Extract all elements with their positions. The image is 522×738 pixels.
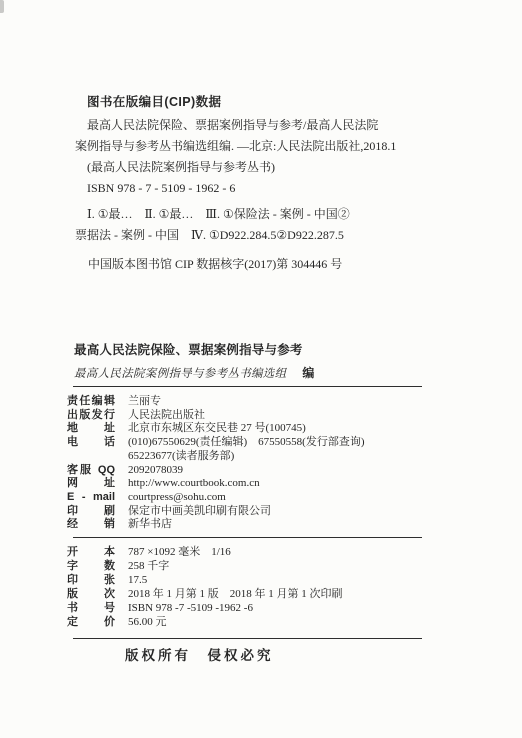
editor-role-label: 编 — [302, 366, 314, 380]
info-row: 定 价 56.00 元 — [67, 615, 427, 629]
info-row: 印 刷 保定市中画美凯印刷有限公司 — [67, 505, 427, 519]
editor-line: 最高人民法院案例指导与参考丛书编选组编 — [74, 364, 315, 381]
copyright-notice: 版权所有 侵权必究 — [125, 644, 274, 664]
info-label: 电 话 — [67, 436, 115, 450]
info-value: 258 千字 — [128, 559, 169, 573]
info-row: 电 话 (010)67550629(责任编辑) 67550558(发行部查询) … — [67, 436, 427, 463]
book-title: 最高人民法院保险、票据案例指导与参考 — [74, 340, 303, 358]
info-row: 书 号 ISBN 978 -7 -5109 -1962 -6 — [67, 601, 427, 615]
cip-heading: 图书在版编目(CIP)数据 — [87, 92, 221, 110]
cip-classification-line: 票据法 - 案例 - 中国 Ⅳ. ①D922.284.5②D922.287.5 — [75, 225, 427, 246]
info-row: 出版发行 人民法院出版社 — [67, 409, 427, 423]
info-row: 版 次 2018 年 1 月第 1 版 2018 年 1 月第 1 次印刷 — [67, 587, 427, 601]
info-label: 定 价 — [67, 615, 115, 629]
info-label: E - mail — [67, 491, 115, 505]
publication-info-block: 责任编辑 兰丽专 出版发行 人民法院出版社 地 址 北京市东城区东交民巷 27 … — [67, 395, 427, 532]
scan-artifact-mark — [0, 0, 4, 13]
info-row: 地 址 北京市东城区东交民巷 27 号(100745) — [67, 422, 427, 436]
cip-record-block: 最高人民法院保险、票据案例指导与参考/最高人民法院 案例指导与参考丛书编选组编.… — [75, 115, 427, 199]
info-label: 印 张 — [67, 573, 115, 587]
info-value: 新华书店 — [128, 518, 172, 532]
info-row: 经 销 新华书店 — [67, 518, 427, 532]
info-label: 责任编辑 — [67, 395, 115, 409]
info-row: 网 址 http://www.courtbook.com.cn — [67, 477, 427, 491]
info-row: 责任编辑 兰丽专 — [67, 395, 427, 409]
info-label: 出版发行 — [67, 409, 115, 423]
info-label: 印 刷 — [67, 505, 115, 519]
info-label: 网 址 — [67, 477, 115, 491]
editor-group-name: 最高人民法院案例指导与参考丛书编选组 — [74, 368, 286, 380]
info-row: 开 本 787 ×1092 毫米 1/16 — [67, 545, 427, 559]
info-value: 17.5 — [128, 573, 147, 587]
info-label: 客服 QQ — [67, 464, 115, 478]
divider-middle — [73, 537, 422, 538]
info-row: 印 张 17.5 — [67, 573, 427, 587]
info-label: 字 数 — [67, 559, 115, 573]
info-value: 2092078039 — [128, 464, 183, 478]
print-info-block: 开 本 787 ×1092 毫米 1/16 字 数 258 千字 印 张 17.… — [67, 545, 427, 629]
divider-bottom — [73, 638, 422, 639]
cip-classification-line: Ⅰ. ①最… Ⅱ. ①最… Ⅲ. ①保险法 - 案例 - 中国② — [75, 204, 427, 225]
info-row: 客服 QQ 2092078039 — [67, 464, 427, 478]
info-value: (010)67550629(责任编辑) 67550558(发行部查询) 6522… — [128, 436, 364, 463]
info-value: 人民法院出版社 — [128, 409, 205, 423]
info-label: 经 销 — [67, 518, 115, 532]
info-row: 字 数 258 千字 — [67, 559, 427, 573]
info-value: courtpress@sohu.com — [128, 491, 226, 505]
info-value: http://www.courtbook.com.cn — [128, 477, 260, 491]
info-value: 2018 年 1 月第 1 版 2018 年 1 月第 1 次印刷 — [128, 587, 343, 601]
info-label: 版 次 — [67, 587, 115, 601]
info-value: ISBN 978 -7 -5109 -1962 -6 — [128, 601, 253, 615]
info-label: 书 号 — [67, 601, 115, 615]
info-value: 56.00 元 — [128, 615, 167, 629]
cip-classification-block: Ⅰ. ①最… Ⅱ. ①最… Ⅲ. ①保险法 - 案例 - 中国② 票据法 - 案… — [75, 204, 427, 246]
info-label: 开 本 — [67, 545, 115, 559]
info-row: E - mail courtpress@sohu.com — [67, 491, 427, 505]
cip-series-line: (最高人民法院案例指导与参考丛书) — [75, 157, 427, 178]
cip-isbn-line: ISBN 978 - 7 - 5109 - 1962 - 6 — [75, 178, 427, 199]
info-label: 地 址 — [67, 422, 115, 436]
cip-record-line: 最高人民法院保险、票据案例指导与参考/最高人民法院 — [75, 115, 427, 136]
cip-record-line: 案例指导与参考丛书编选组编. —北京:人民法院出版社,2018.1 — [75, 136, 427, 157]
cip-registration-line: 中国版本图书馆 CIP 数据核字(2017)第 304446 号 — [88, 255, 342, 272]
info-value: 保定市中画美凯印刷有限公司 — [128, 505, 271, 519]
info-value: 787 ×1092 毫米 1/16 — [128, 545, 231, 559]
info-value: 兰丽专 — [128, 395, 161, 409]
info-value: 北京市东城区东交民巷 27 号(100745) — [128, 422, 306, 436]
copyright-page: 图书在版编目(CIP)数据 最高人民法院保险、票据案例指导与参考/最高人民法院 … — [0, 0, 522, 738]
divider-top — [73, 386, 422, 387]
